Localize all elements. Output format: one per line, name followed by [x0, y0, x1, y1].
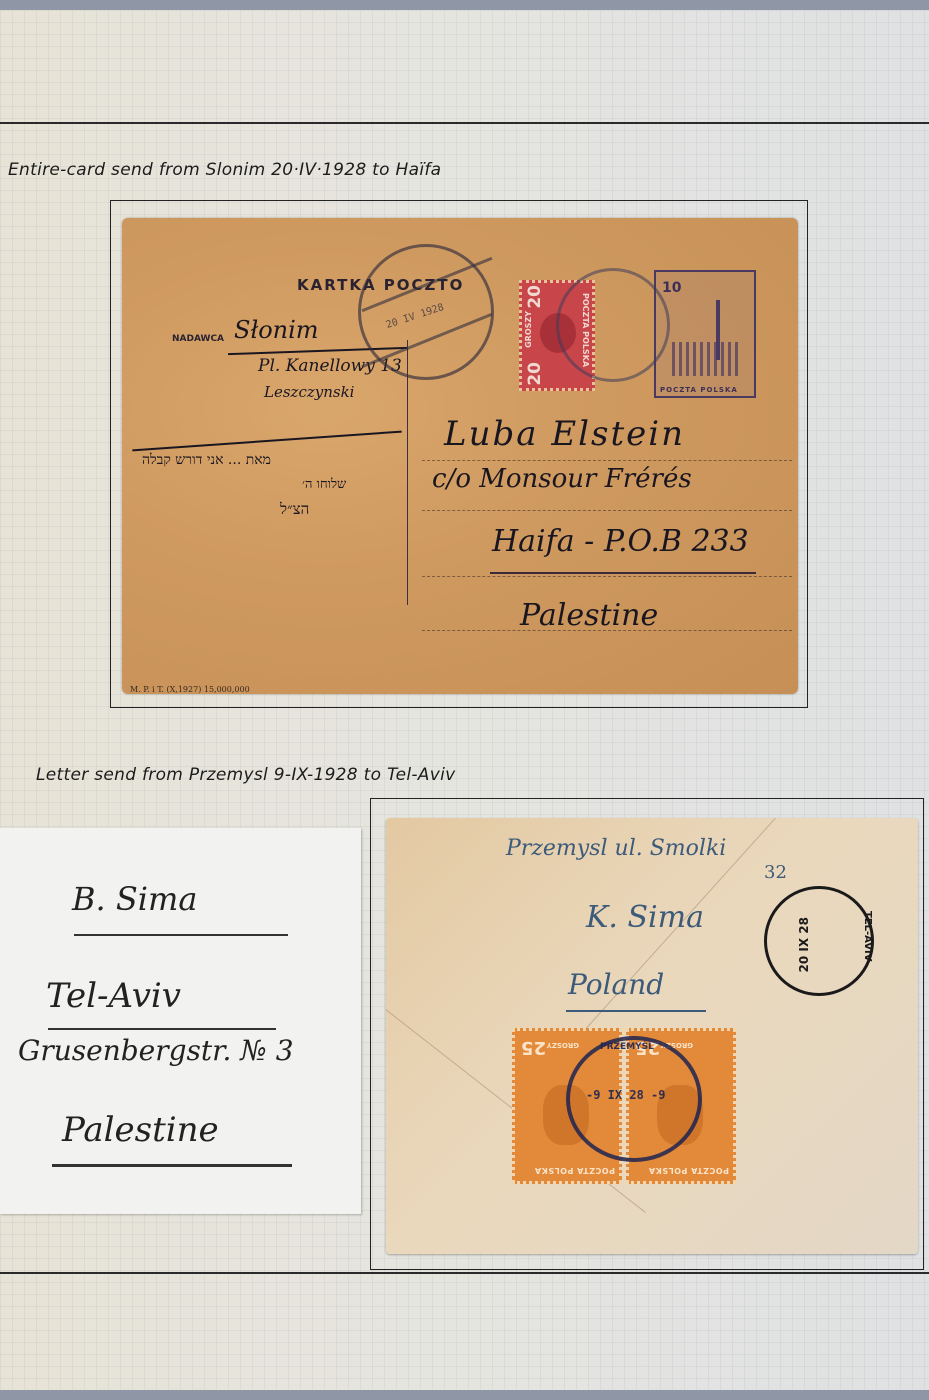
- stamp-country: POCZTA POLSKA: [534, 1166, 615, 1175]
- tel-aviv-arrival-postmark: TEL-AVIV 20 IX 28: [764, 886, 874, 996]
- stamp-value-bottom: 20: [525, 362, 545, 386]
- top-rule: [0, 122, 929, 124]
- hebrew-note-line-1: מאת ... אני דורש קבלה: [142, 452, 271, 469]
- hebrew-note-line-3: הצ״ל: [280, 500, 309, 519]
- sender-line-3: Leszczynski: [264, 383, 354, 401]
- castle-icon: [672, 342, 742, 376]
- sender-line-3: K. Sima: [586, 900, 704, 935]
- postmark-bar: [362, 257, 493, 312]
- postmark-date: 20 IV 1928: [385, 302, 446, 331]
- address-underline-4: [52, 1164, 292, 1167]
- arrival-postmark-place: TEL-AVIV: [862, 911, 873, 961]
- envelope-front-address[interactable]: B. Sima Tel-Aviv Grusenbergstr. № 3 Pale…: [0, 828, 361, 1214]
- stamp-value-top: 20: [525, 285, 545, 309]
- indicium-value: 10: [662, 280, 681, 296]
- address-dotline-2: [422, 510, 792, 511]
- stamp-denomination: GROSZY: [524, 311, 533, 348]
- address-underline-2: [48, 1028, 276, 1030]
- card-divider: [407, 340, 408, 605]
- section-2-caption: Letter send from Przemysl 9-IX-1928 to T…: [36, 765, 455, 785]
- sender-line-4: Poland: [568, 968, 664, 1001]
- recipient-line-3: Haifa - P.O.B 233: [492, 524, 749, 559]
- indicium-country: POCZTA POLSKA: [660, 386, 738, 394]
- stamp-country: POCZTA POLSKA: [648, 1166, 729, 1175]
- section-1-caption: Entire-card send from Slonim 20·IV·1928 …: [8, 160, 441, 180]
- recipient-line-4: Palestine: [520, 598, 658, 633]
- address-line-2: Tel-Aviv: [46, 976, 181, 1016]
- recipient-line-2: c/o Monsour Frérés: [432, 464, 692, 494]
- departure-postmark-date: -9 IX 28 -9: [586, 1088, 665, 1102]
- przemysl-departure-postmark: PRZEMYŚL -9 IX 28 -9: [566, 1036, 702, 1162]
- postal-card[interactable]: KARTKA POCZTO NADAWCA Słonim Pl. Kanello…: [122, 218, 798, 694]
- stamp-cancel-postmark: [556, 268, 670, 382]
- sender-line-1: Przemysl ul. Smolki: [506, 836, 726, 861]
- sender-line-2: 32: [764, 862, 787, 883]
- address-line-4: Palestine: [62, 1110, 219, 1150]
- bottom-rule: [0, 1272, 929, 1274]
- hebrew-note-line-2: שלוחו ה׳: [302, 476, 346, 492]
- address-line-3: Grusenbergstr. № 3: [18, 1034, 294, 1067]
- address-underline-1: [74, 934, 288, 936]
- arrival-postmark-date: 20 IX 28: [797, 917, 811, 972]
- card-imprint: M. P. i T. (X,1927) 15,000,000: [130, 685, 250, 694]
- envelope-back[interactable]: Przemysl ul. Smolki 32 K. Sima Poland TE…: [386, 818, 918, 1254]
- slonim-postmark: 20 IV 1928: [358, 244, 494, 380]
- album-page: Entire-card send from Slonim 20·IV·1928 …: [0, 10, 929, 1390]
- printed-indicium: 10 POCZTA POLSKA: [654, 270, 756, 398]
- sender-label: NADAWCA: [172, 334, 224, 344]
- recipient-underline: [490, 572, 756, 574]
- postmark-bar: [362, 313, 493, 368]
- sender-line-1: Słonim: [234, 316, 319, 344]
- address-line-1: B. Sima: [72, 880, 197, 918]
- address-dotline-1: [422, 460, 792, 461]
- address-dotline-3: [422, 576, 792, 577]
- stamp-denomination: GROSZY: [547, 1041, 579, 1049]
- hebrew-overline: [132, 431, 401, 452]
- recipient-line-1: Luba Elstein: [444, 414, 685, 454]
- stamp-value: 25: [521, 1037, 546, 1058]
- sender-underline: [566, 1010, 706, 1012]
- departure-postmark-place: PRZEMYŚL: [600, 1042, 654, 1052]
